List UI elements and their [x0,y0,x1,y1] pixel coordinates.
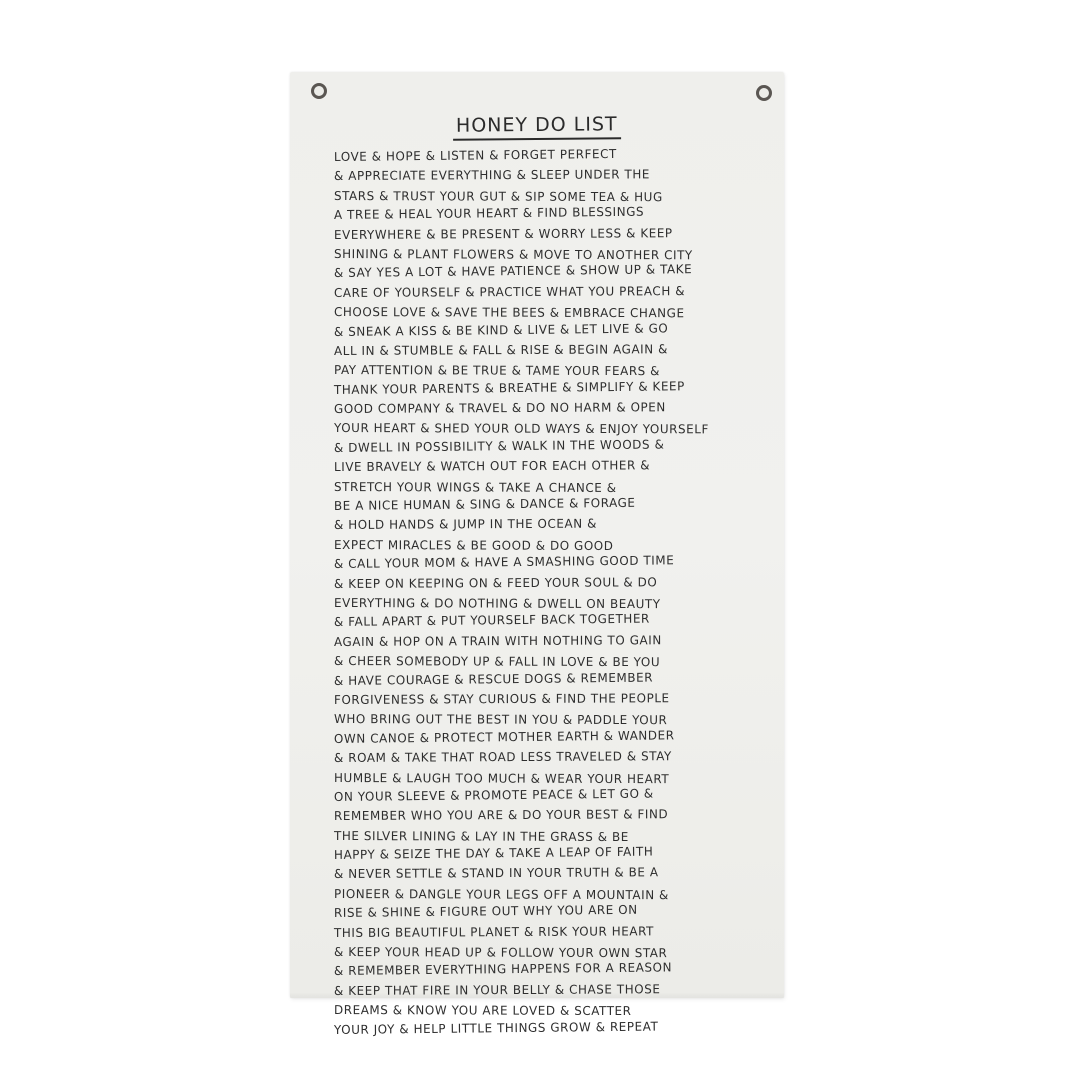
text-line: BE A NICE HUMAN & SING & DANCE & FORAGE [334,493,752,517]
text-line: ALL IN & STUMBLE & FALL & RISE & BEGIN A… [334,340,752,362]
text-line: & REMEMBER EVERYTHING HAPPENS FOR A REAS… [334,958,752,982]
text-line: GOOD COMPANY & TRAVEL & DO NO HARM & OPE… [334,398,752,420]
banner-title: HONEY DO LIST [290,114,784,140]
text-line: & KEEP ON KEEPING ON & FEED YOUR SOUL & … [334,572,752,594]
grommet-icon [311,83,327,99]
text-line: AGAIN & HOP ON A TRAIN WITH NOTHING TO G… [334,631,752,653]
text-line: EVERYWHERE & BE PRESENT & WORRY LESS & K… [334,223,752,245]
text-line: YOUR JOY & HELP LITTLE THINGS GROW & REP… [334,1016,752,1040]
text-line: & CALL YOUR MOM & HAVE A SMASHING GOOD T… [334,551,752,575]
text-line: LIVE BRAVELY & WATCH OUT FOR EACH OTHER … [334,456,752,478]
text-line: REMEMBER WHO YOU ARE & DO YOUR BEST & FI… [334,805,752,827]
text-line: & FALL APART & PUT YOURSELF BACK TOGETHE… [334,609,752,633]
text-line: THANK YOUR PARENTS & BREATHE & SIMPLIFY … [334,376,752,400]
text-line: LOVE & HOPE & LISTEN & FORGET PERFECT [334,144,752,168]
text-line: RISE & SHINE & FIGURE OUT WHY YOU ARE ON [334,900,752,924]
text-line: FORGIVENESS & STAY CURIOUS & FIND THE PE… [334,689,752,711]
text-line: & NEVER SETTLE & STAND IN YOUR TRUTH & B… [334,863,752,885]
text-line: & ROAM & TAKE THAT ROAD LESS TRAVELED & … [334,747,752,769]
banner-text-block: LOVE & HOPE & LISTEN & FORGET PERFECT& A… [334,148,762,1040]
text-line: & DWELL IN POSSIBILITY & WALK IN THE WOO… [334,434,752,458]
text-line: THIS BIG BEAUTIFUL PLANET & RISK YOUR HE… [334,921,752,943]
banner-title-text: HONEY DO LIST [453,113,621,140]
text-line: ON YOUR SLEEVE & PROMOTE PEACE & LET GO … [334,783,752,807]
text-line: & HAVE COURAGE & RESCUE DOGS & REMEMBER [334,667,752,691]
honey-do-list-banner: HONEY DO LIST LOVE & HOPE & LISTEN & FOR… [290,72,784,998]
text-line: & HOLD HANDS & JUMP IN THE OCEAN & [334,514,752,536]
text-line: A TREE & HEAL YOUR HEART & FIND BLESSING… [334,202,752,226]
text-line: & SNEAK A KISS & BE KIND & LIVE & LET LI… [334,318,752,342]
text-line: CARE OF YOURSELF & PRACTICE WHAT YOU PRE… [334,281,752,303]
text-line: & SAY YES A LOT & HAVE PATIENCE & SHOW U… [334,260,752,284]
text-line: & KEEP THAT FIRE IN YOUR BELLY & CHASE T… [334,980,752,1002]
grommet-icon [756,85,772,101]
text-line: OWN CANOE & PROTECT MOTHER EARTH & WANDE… [334,725,752,749]
text-line: & APPRECIATE EVERYTHING & SLEEP UNDER TH… [334,165,752,187]
text-line: HAPPY & SEIZE THE DAY & TAKE A LEAP OF F… [334,842,752,866]
